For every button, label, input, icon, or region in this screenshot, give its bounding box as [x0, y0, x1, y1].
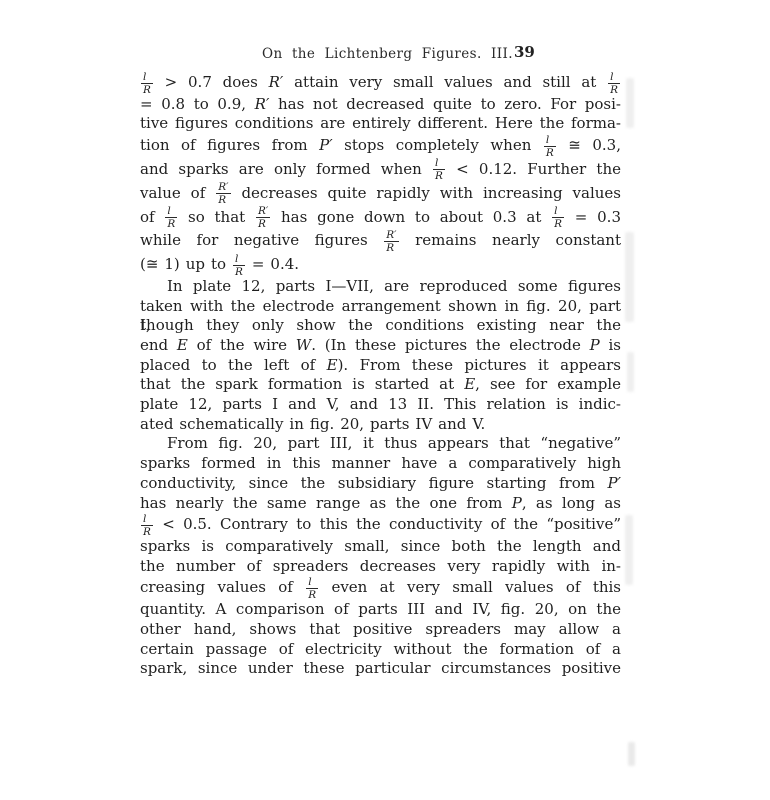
scanned-paper-page: On the Lichtenberg Figures. III. 39 lR >…: [0, 0, 770, 800]
text-line: lR > 0.7 does R′ attain very small value…: [140, 71, 621, 95]
scan-artifact: [627, 352, 634, 392]
text-line: has nearly the same range as the one fro…: [140, 494, 621, 514]
math-variable: E: [464, 375, 475, 393]
text-line: taken with the electrode arrangement sho…: [140, 297, 621, 317]
math-fraction: R′R: [216, 182, 230, 205]
math-fraction: lR: [433, 158, 445, 181]
math-variable: R′: [255, 95, 270, 113]
text-line: though they only show the conditions exi…: [140, 316, 621, 336]
math-variable: P: [512, 494, 522, 512]
text-line: lR < 0.5. Contrary to this the conductiv…: [140, 513, 621, 537]
text-line: (≅ 1) up to lR = 0.4.: [140, 253, 621, 277]
paragraph: From fig. 20, part III, it thus appears …: [140, 434, 621, 678]
scan-artifact: [626, 78, 634, 128]
math-fraction: lR: [141, 514, 153, 537]
math-fraction: lR: [306, 577, 318, 600]
scan-artifact: [628, 742, 635, 766]
text-line: the number of spreaders decreases very r…: [140, 557, 621, 577]
text-line: = 0.8 to 0.9, R′ has not decreased quite…: [140, 95, 621, 115]
math-fraction: R′R: [256, 206, 270, 229]
math-variable: E: [327, 356, 338, 374]
text-line: placed to the left of E). From these pic…: [140, 356, 621, 376]
math-fraction: lR: [141, 72, 153, 95]
text-line: other hand, shows that positive spreader…: [140, 620, 621, 640]
text-line: In plate 12, parts I—VII, are reproduced…: [140, 277, 621, 297]
math-fraction: lR: [608, 72, 620, 95]
math-fraction: lR: [552, 206, 564, 229]
math-variable: P′: [608, 474, 622, 492]
text-line: of lR so that R′R has gone down to about…: [140, 206, 621, 230]
running-header-title: On the Lichtenberg Figures. III.: [262, 46, 513, 62]
math-fraction: lR: [544, 135, 556, 158]
text-line: conductivity, since the subsidiary figur…: [140, 474, 621, 494]
text-line: spark, since under these particular circ…: [140, 659, 621, 679]
paragraph: lR > 0.7 does R′ attain very small value…: [140, 71, 621, 277]
text-line: end E of the wire W. (In these pictures …: [140, 336, 621, 356]
text-line: certain passage of electricity without t…: [140, 640, 621, 660]
math-variable: P: [590, 336, 600, 354]
text-line: From fig. 20, part III, it thus appears …: [140, 434, 621, 454]
math-variable: R′: [269, 73, 284, 91]
scan-artifact: [625, 515, 633, 585]
text-line: quantity. A comparison of parts III and …: [140, 600, 621, 620]
text-line: that the spark formation is started at E…: [140, 375, 621, 395]
text-line: tive figures conditions are entirely dif…: [140, 114, 621, 134]
text-line: sparks formed in this manner have a comp…: [140, 454, 621, 474]
math-fraction: lR: [165, 206, 177, 229]
paragraph: In plate 12, parts I—VII, are reproduced…: [140, 277, 621, 435]
text-line: and sparks are only formed when lR < 0.1…: [140, 158, 621, 182]
page-number: 39: [514, 43, 535, 61]
page-body-text: lR > 0.7 does R′ attain very small value…: [140, 71, 621, 679]
text-line: creasing values of lR even at very small…: [140, 576, 621, 600]
math-fraction: R′R: [384, 230, 398, 253]
scan-artifact: [625, 232, 634, 322]
math-variable: E: [177, 336, 188, 354]
math-fraction: lR: [233, 254, 245, 277]
text-line: ated schematically in fig. 20, parts IV …: [140, 415, 621, 435]
text-line: value of R′R decreases quite rapidly wit…: [140, 182, 621, 206]
text-line: sparks is comparatively small, since bot…: [140, 537, 621, 557]
text-line: tion of figures from P′ stops completely…: [140, 134, 621, 158]
math-variable: W: [296, 336, 311, 354]
text-line: plate 12, parts I and V, and 13 II. This…: [140, 395, 621, 415]
math-variable: P′: [319, 136, 333, 154]
text-line: while for negative figures R′R remains n…: [140, 229, 621, 253]
